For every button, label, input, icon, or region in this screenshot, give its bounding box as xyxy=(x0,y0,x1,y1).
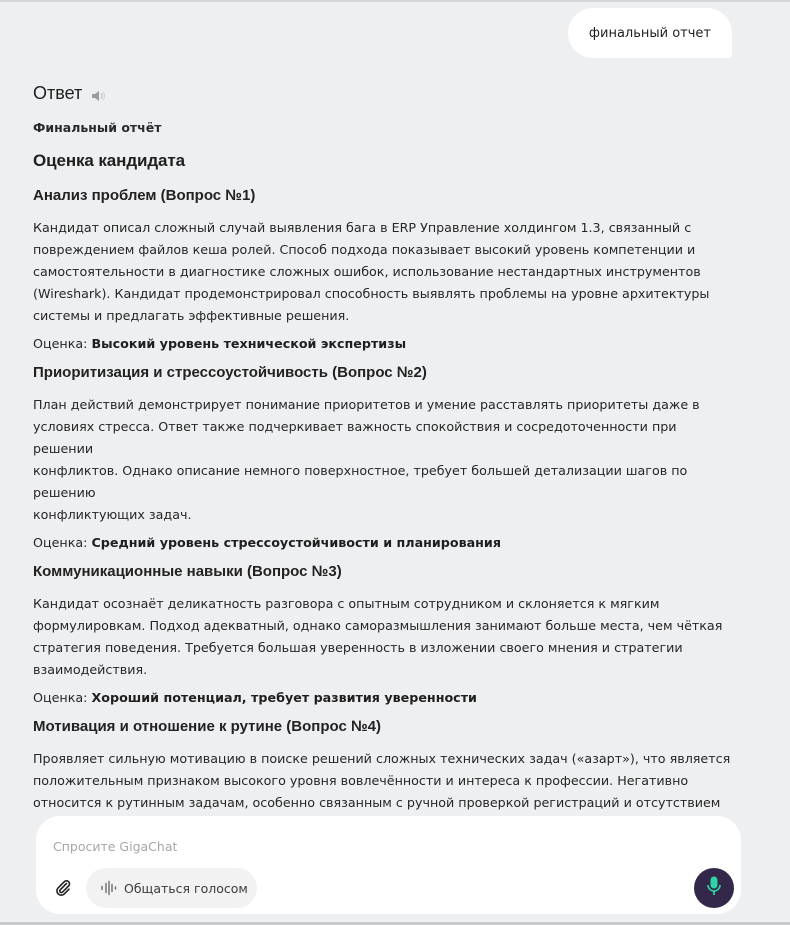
rating-label: Оценка: xyxy=(33,336,87,351)
evaluation-title: Оценка кандидата xyxy=(33,151,733,171)
microphone-button[interactable] xyxy=(694,868,734,908)
rating-label: Оценка: xyxy=(33,535,87,550)
text-line: конфликтов. Однако описание немного пове… xyxy=(33,460,733,504)
section-text: Кандидат осознаёт деликатность разговора… xyxy=(33,593,733,681)
rating-value: Высокий уровень технической экспертизы xyxy=(91,336,406,351)
section-rating: Оценка: Хороший потенциал, требует разви… xyxy=(33,690,733,705)
answer-header: Ответ xyxy=(33,80,733,106)
text-line: самостоятельности в диагностике сложных … xyxy=(33,261,733,283)
rating-label: Оценка: xyxy=(33,690,87,705)
text-line: повреждением файлов кеша ролей. Способ п… xyxy=(33,239,733,261)
voice-chat-button[interactable]: Общаться голосом xyxy=(86,868,257,908)
composer: Спросите GigaChat Общаться голосом xyxy=(36,816,741,914)
text-line: формулировкам. Подход адекватный, однако… xyxy=(33,615,733,637)
microphone-icon xyxy=(706,875,722,901)
paperclip-icon[interactable] xyxy=(54,878,72,896)
text-line: положительным признаком высокого уровня … xyxy=(33,770,733,792)
text-line: взаимодействия. xyxy=(33,659,733,681)
text-line: Кандидат осознаёт деликатность разговора… xyxy=(33,593,733,615)
rating-value: Средний уровень стрессоустойчивости и пл… xyxy=(91,535,501,550)
message-input[interactable]: Спросите GigaChat xyxy=(53,839,177,854)
text-line: Кандидат описал сложный случай выявления… xyxy=(33,217,733,239)
answer-title: Ответ xyxy=(33,83,82,104)
section-title: Приоритизация и стрессоустойчивость (Воп… xyxy=(33,364,733,381)
section-title: Коммуникационные навыки (Вопрос №3) xyxy=(33,563,733,580)
sections-container: Анализ проблем (Вопрос №1)Кандидат описа… xyxy=(33,187,733,814)
text-line: стратегия поведения. Требуется большая у… xyxy=(33,637,733,659)
section-title: Мотивация и отношение к рутине (Вопрос №… xyxy=(33,718,733,735)
section-rating: Оценка: Высокий уровень технической эксп… xyxy=(33,336,733,351)
text-line: План действий демонстрирует понимание пр… xyxy=(33,394,733,416)
soundwave-icon xyxy=(100,880,118,896)
voice-chat-label: Общаться голосом xyxy=(124,881,248,896)
assistant-answer: Ответ Финальный отчёт Оценка кандидата А… xyxy=(33,80,733,814)
section-text: Проявляет сильную мотивацию в поиске реш… xyxy=(33,748,733,814)
text-line: системы и предлагать эффективные решения… xyxy=(33,305,733,327)
speaker-icon[interactable] xyxy=(90,88,108,102)
section-text: Кандидат описал сложный случай выявления… xyxy=(33,217,733,327)
user-message-bubble: финальный отчет xyxy=(568,8,732,58)
text-line: Проявляет сильную мотивацию в поиске реш… xyxy=(33,748,733,770)
text-line: конфликтующих задач. xyxy=(33,504,733,526)
section-title: Анализ проблем (Вопрос №1) xyxy=(33,187,733,204)
section-rating: Оценка: Средний уровень стрессоустойчиво… xyxy=(33,535,733,550)
rating-value: Хороший потенциал, требует развития увер… xyxy=(91,690,476,705)
text-line: условиях стресса. Ответ также подчеркива… xyxy=(33,416,733,460)
text-line: (Wireshark). Кандидат продемонстрировал … xyxy=(33,283,733,305)
report-title: Финальный отчёт xyxy=(33,120,733,135)
section-text: План действий демонстрирует понимание пр… xyxy=(33,394,733,526)
text-line: относится к рутинным задачам, особенно с… xyxy=(33,792,733,814)
top-border xyxy=(0,0,790,2)
user-message-text: финальный отчет xyxy=(589,26,711,41)
